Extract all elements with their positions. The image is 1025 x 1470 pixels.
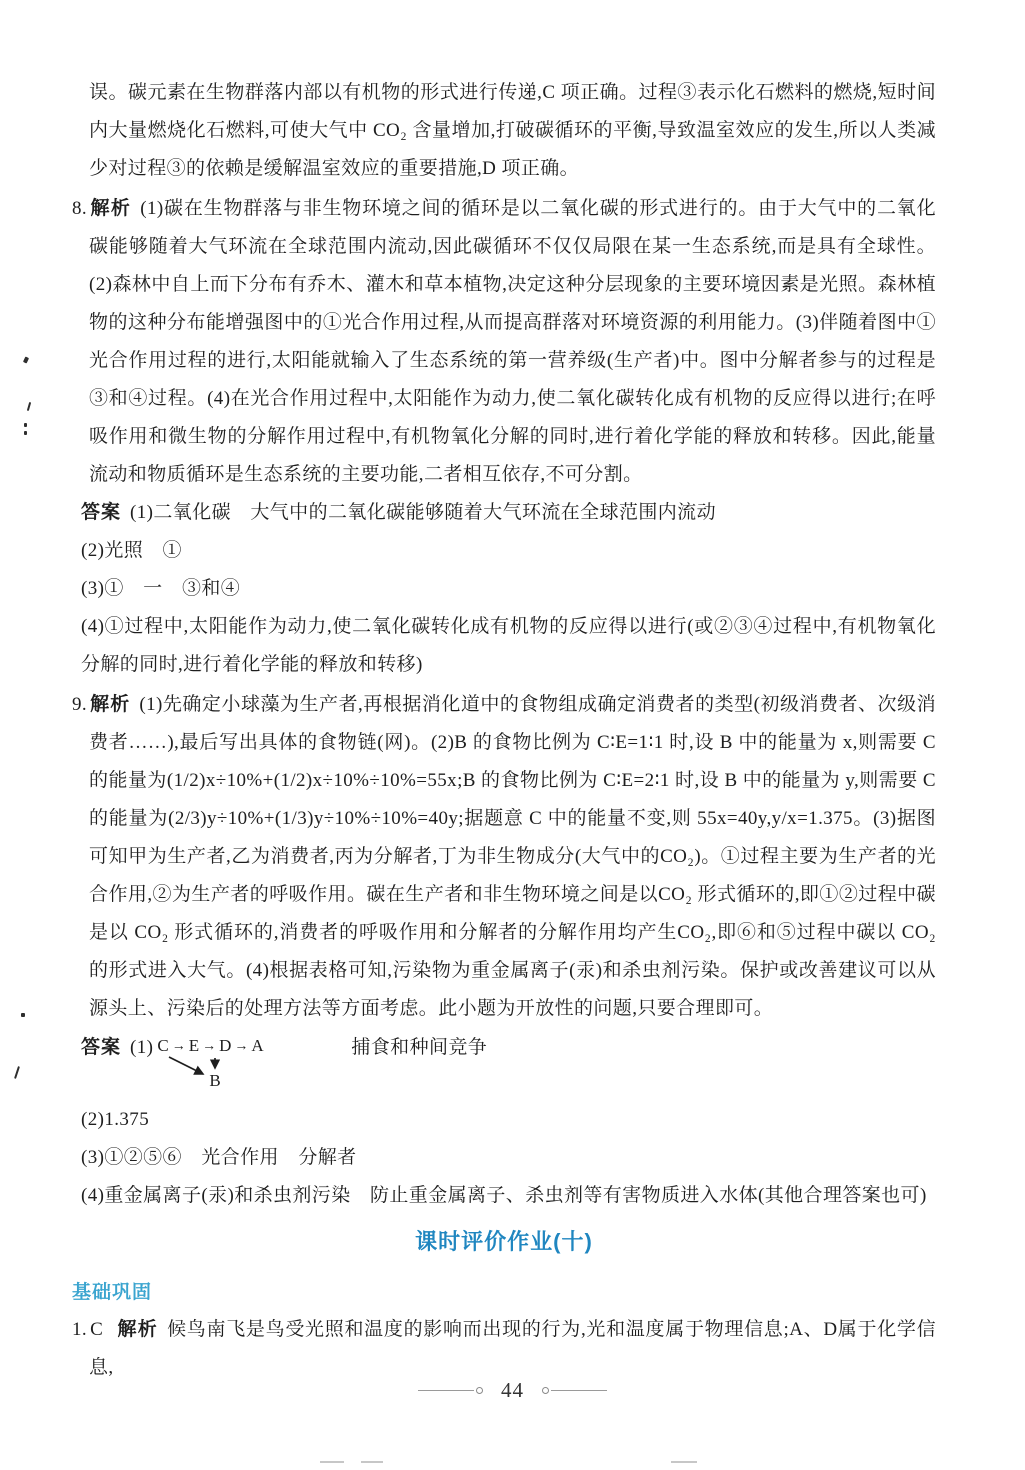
answer-label: 答案 bbox=[81, 1035, 121, 1061]
food-web-diagram: C→E→D→A B bbox=[157, 1035, 325, 1097]
item-8-answer-1: 答案(1)二氧化碳 大气中的二氧化碳能够随着大气环流在全球范围内流动 bbox=[72, 494, 936, 532]
item-9-answer-3: (3)①②⑤⑥ 光合作用 分解者 bbox=[72, 1139, 936, 1177]
scan-artifact bbox=[14, 1066, 20, 1079]
answer-1-prefix: (1) bbox=[130, 1035, 153, 1061]
page-number: 44 bbox=[501, 1378, 524, 1403]
item-9-answer-2: (2)1.375 bbox=[72, 1101, 936, 1139]
scan-artifact bbox=[671, 1461, 697, 1463]
page-footer: 44 bbox=[0, 1378, 1025, 1403]
footer-circle-right bbox=[542, 1387, 549, 1394]
food-web-arrows bbox=[157, 1035, 325, 1097]
item-8-answer-3: (3)① 一 ③和④ bbox=[72, 570, 936, 608]
item-9-answer-1: 答案 (1) C→E→D→A B 捕食和种间竞争 bbox=[72, 1035, 936, 1097]
footer-rule-left bbox=[418, 1390, 474, 1391]
page-content: 误。碳元素在生物群落内部以有机物的形式进行传递,C 项正确。过程③表示化石燃料的… bbox=[72, 74, 936, 1387]
footer-circle-left bbox=[476, 1387, 483, 1394]
item-8-analysis-text: (1)碳在生物群落与非生物环境之间的循环是以二氧化碳的形式进行的。由于大气中的二… bbox=[89, 198, 936, 485]
item-8-analysis-paragraph: 8.解析(1)碳在生物群落与非生物环境之间的循环是以二氧化碳的形式进行的。由于大… bbox=[72, 190, 936, 494]
scan-artifact bbox=[27, 402, 31, 411]
scan-artifact bbox=[24, 423, 27, 427]
scan-artifact bbox=[23, 356, 29, 363]
item-9-analysis-text: (1)先确定小球藻为生产者,再根据消化道中的食物组成确定消费者的类型(初级消费者… bbox=[89, 694, 936, 1019]
item-1-analysis-text: 候鸟南飞是鸟受光照和温度的影响而出现的行为,光和温度属于物理信息;A、D属于化学… bbox=[89, 1319, 936, 1378]
item-8-number: 8. bbox=[72, 198, 87, 219]
scan-artifact bbox=[320, 1461, 344, 1463]
analysis-label: 解析 bbox=[90, 198, 131, 219]
intro-paragraph: 误。碳元素在生物群落内部以有机物的形式进行传递,C 项正确。过程③表示化石燃料的… bbox=[72, 74, 936, 188]
item-1: 1.C解析候鸟南飞是鸟受光照和温度的影响而出现的行为,光和温度属于物理信息;A、… bbox=[72, 1311, 936, 1387]
answer-label: 答案 bbox=[81, 502, 121, 523]
item-8-answer-1-text: (1)二氧化碳 大气中的二氧化碳能够随着大气环流在全球范围内流动 bbox=[130, 502, 716, 523]
scan-artifact bbox=[361, 1461, 383, 1463]
footer-rule-right bbox=[551, 1390, 607, 1391]
section-heading: 课时评价作业(十) bbox=[72, 1227, 936, 1257]
item-8: 8.解析(1)碳在生物群落与非生物环境之间的循环是以二氧化碳的形式进行的。由于大… bbox=[72, 190, 936, 684]
item-8-answer-2: (2)光照 ① bbox=[72, 532, 936, 570]
analysis-label: 解析 bbox=[117, 1319, 158, 1340]
item-9-answer-1-text: 捕食和种间竞争 bbox=[351, 1035, 487, 1061]
item-9-answer-4: (4)重金属离子(汞)和杀虫剂污染 防止重金属离子、杀虫剂等有害物质进入水体(其… bbox=[72, 1177, 936, 1215]
analysis-label: 解析 bbox=[90, 694, 130, 715]
item-9: 9.解析(1)先确定小球藻为生产者,再根据消化道中的食物组成确定消费者的类型(初… bbox=[72, 686, 936, 1215]
item-9-number: 9. bbox=[72, 694, 87, 715]
item-8-answer-4: (4)①过程中,太阳能作为动力,使二氧化碳转化成有机物的反应得以进行(或②③④过… bbox=[72, 608, 936, 684]
subsection-heading: 基础巩固 bbox=[72, 1281, 936, 1305]
item-9-analysis-paragraph: 9.解析(1)先确定小球藻为生产者,再根据消化道中的食物组成确定消费者的类型(初… bbox=[72, 686, 936, 1028]
item-1-choice: C bbox=[90, 1319, 103, 1340]
item-1-number: 1. bbox=[72, 1319, 87, 1340]
scan-artifact bbox=[21, 1013, 25, 1017]
